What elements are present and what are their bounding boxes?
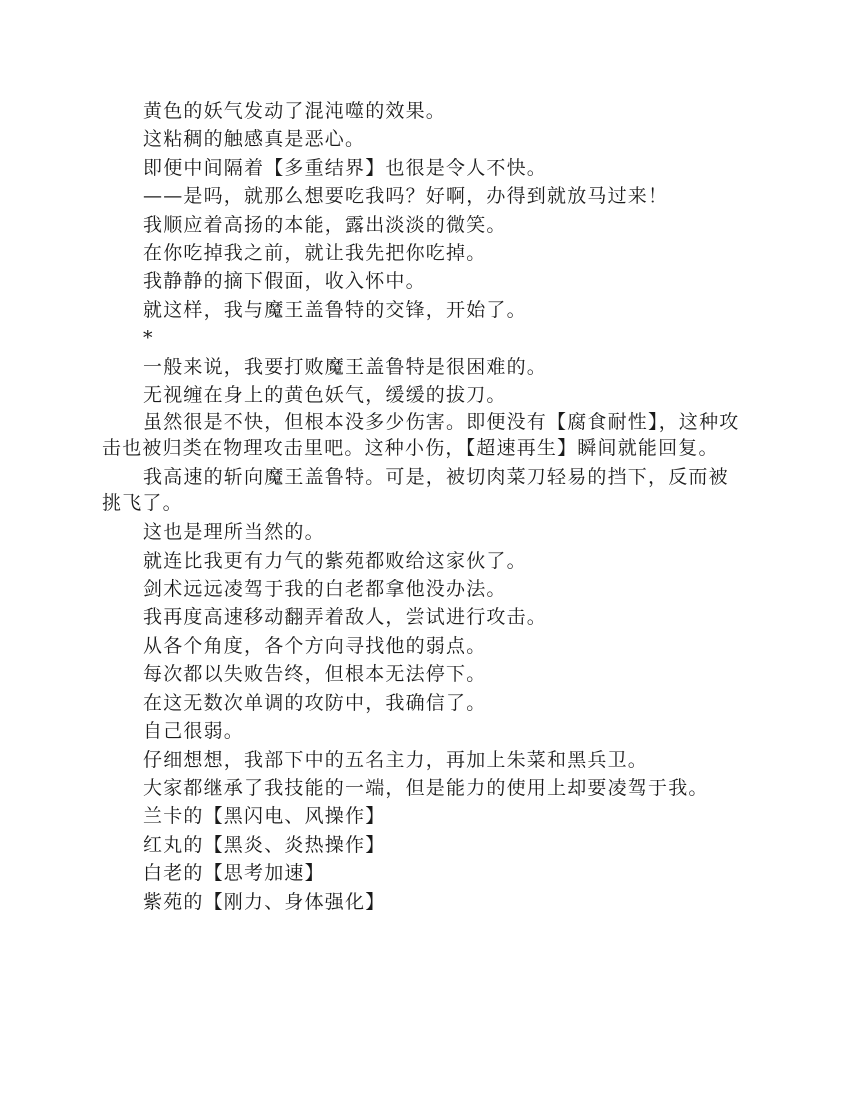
paragraph: 虽然很是不快，但根本没多少伤害。即便没有【腐食耐性】，这种攻击也被归类在物理攻击… <box>102 409 742 461</box>
paragraph: 紫苑的【刚力、身体强化】 <box>102 888 742 916</box>
paragraph: 我顺应着高扬的本能，露出淡淡的微笑。 <box>102 211 742 239</box>
paragraph: 黄色的妖气发动了混沌噬的效果。 <box>102 97 742 125</box>
paragraph: 白老的【思考加速】 <box>102 859 742 887</box>
paragraph: 我静静的摘下假面，收入怀中。 <box>102 267 742 295</box>
paragraph: 兰卡的【黑闪电、风操作】 <box>102 802 742 830</box>
paragraph: 在你吃掉我之前，就让我先把你吃掉。 <box>102 239 742 267</box>
section-break: * <box>102 324 742 352</box>
paragraph: 这粘稠的触感真是恶心。 <box>102 125 742 153</box>
paragraph: 即便中间隔着【多重结界】也很是令人不快。 <box>102 154 742 182</box>
paragraph: 红丸的【黑炎、炎热操作】 <box>102 831 742 859</box>
paragraph: 大家都继承了我技能的一端，但是能力的使用上却要凌驾于我。 <box>102 774 742 802</box>
paragraph: 从各个角度，各个方向寻找他的弱点。 <box>102 632 742 660</box>
paragraph: 就这样，我与魔王盖鲁特的交锋，开始了。 <box>102 296 742 324</box>
paragraph: 我高速的斩向魔王盖鲁特。可是，被切肉菜刀轻易的挡下，反而被挑飞了。 <box>102 464 742 516</box>
paragraph: 就连比我更有力气的紫苑都败给这家伙了。 <box>102 547 742 575</box>
paragraph: 仔细想想，我部下中的五名主力，再加上朱菜和黑兵卫。 <box>102 746 742 774</box>
paragraph: 无视缠在身上的黄色妖气，缓缓的拔刀。 <box>102 381 742 409</box>
paragraph: 我再度高速移动翻弄着敌人，尝试进行攻击。 <box>102 603 742 631</box>
paragraph: 自己很弱。 <box>102 717 742 745</box>
document-page: 黄色的妖气发动了混沌噬的效果。 这粘稠的触感真是恶心。 即便中间隔着【多重结界】… <box>102 97 742 916</box>
paragraph: ——是吗，就那么想要吃我吗？好啊，办得到就放马过来！ <box>102 182 742 210</box>
paragraph: 每次都以失败告终，但根本无法停下。 <box>102 660 742 688</box>
paragraph: 剑术远远凌驾于我的白老都拿他没办法。 <box>102 575 742 603</box>
paragraph: 这也是理所当然的。 <box>102 518 742 546</box>
paragraph: 一般来说，我要打败魔王盖鲁特是很困难的。 <box>102 353 742 381</box>
paragraph: 在这无数次单调的攻防中，我确信了。 <box>102 689 742 717</box>
